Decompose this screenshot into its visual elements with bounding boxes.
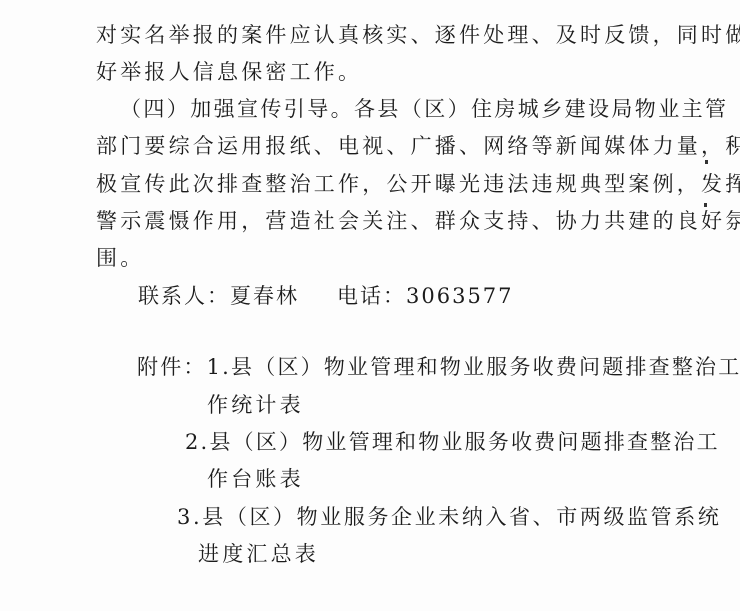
attachment-number: 2. [185,430,209,454]
attachment-number: 1. [207,355,231,379]
paragraph-line: 好举报人信息保密工作。 [96,59,362,85]
attachment-item-3-continuation: 进度汇总表 [198,541,319,567]
section-heading-line: （四）加强宣传引导。各县（区）住房城乡建设局物业主管 [120,96,728,122]
document-page: 对实名举报的案件应认真核实、逐件处理、及时反馈，同时做 好举报人信息保密工作。 … [0,0,740,611]
attachment-item-2-continuation: 作台账表 [207,466,304,492]
attachment-title: 县（区）物业管理和物业服务收费问题排查整治工 [231,355,740,379]
paragraph-line: 围。 [96,245,144,271]
attachment-number: 3. [177,505,202,529]
scan-speck [705,160,708,164]
attachment-item-3: 3.县（区）物业服务企业未纳入省、市两级监管系统 [177,504,721,530]
attachment-title: 县（区）物业服务企业未纳入省、市两级监管系统 [202,505,721,529]
paragraph-line: 警示震慑作用，营造社会关注、群众支持、协力共建的良好氛 [96,208,740,234]
contact-person-label: 联系人： [138,284,230,308]
attachment-title: 县（区）物业管理和物业服务收费问题排查整治工 [209,430,719,454]
attachment-item-2: 2.县（区）物业管理和物业服务收费问题排查整治工 [185,429,720,455]
attachments-label: 附件： [137,355,207,379]
contact-phone-label: 电话： [337,284,406,308]
paragraph-line: 对实名举报的案件应认真核实、逐件处理、及时反馈，同时做 [96,22,740,48]
paragraph-line: 部门要综合运用报纸、电视、广播、网络等新闻媒体力量，积 [96,133,740,159]
scan-speck [704,203,707,207]
contact-person-name: 夏春林 [230,284,299,308]
attachment-item-1: 附件：1.县（区）物业管理和物业服务收费问题排查整治工 [137,354,740,380]
contact-phone-number: 3063577 [406,284,514,308]
contact-line: 联系人：夏春林电话：3063577 [138,283,514,309]
paragraph-line: 极宣传此次排查整治工作，公开曝光违法违规典型案例，发挥 [96,171,740,197]
attachment-item-1-continuation: 作统计表 [207,392,304,418]
